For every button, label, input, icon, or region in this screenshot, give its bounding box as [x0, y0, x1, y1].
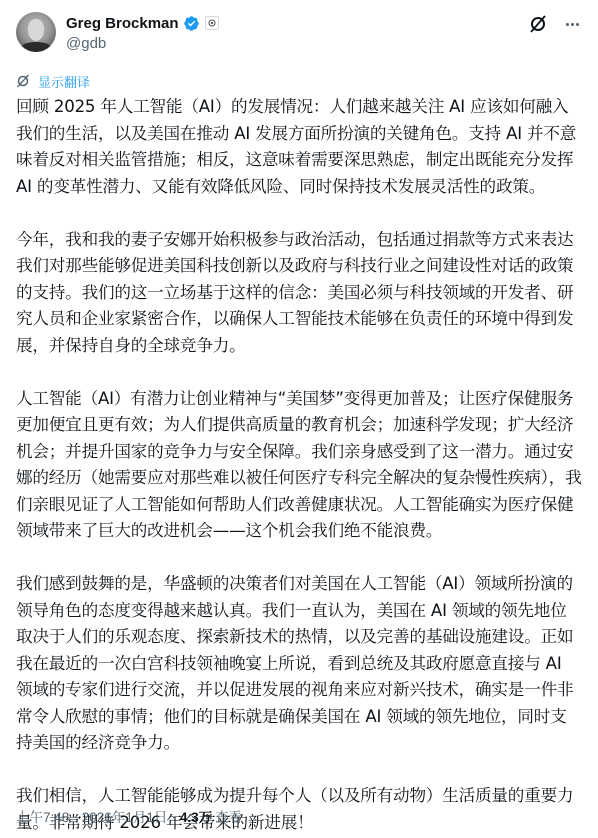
tweet-date[interactable]: 2026年1月1日	[82, 806, 168, 826]
avatar-shirt	[20, 42, 52, 52]
tweet-paragraph: 我们感到鼓舞的是，华盛顿的决策者们对美国在人工智能（AI）领域所扮演的领导角色的…	[16, 571, 582, 757]
verified-badge-icon[interactable]	[183, 15, 200, 32]
more-options-icon[interactable]	[562, 14, 582, 34]
show-translation-row[interactable]: 显示翻译	[16, 72, 90, 90]
tweet-meta: 上午7:48 · 2026年1月1日 · 4.3万 查看	[16, 806, 242, 826]
display-name[interactable]: Greg Brockman	[66, 15, 179, 32]
tweet-time[interactable]: 上午7:48	[16, 806, 69, 826]
name-row: Greg Brockman	[66, 13, 219, 33]
views-count: 4.3万	[180, 806, 212, 826]
avatar-face	[28, 19, 44, 41]
tweet-text: 回顾 2025 年人工智能（AI）的发展情况：人们越来越关注 AI 应该如何融入…	[16, 94, 582, 836]
avatar[interactable]	[16, 12, 56, 52]
grok-icon[interactable]	[528, 14, 548, 34]
meta-separator: ·	[73, 809, 78, 824]
user-handle[interactable]: @gdb	[66, 35, 219, 52]
meta-separator: ·	[171, 809, 176, 824]
user-block: Greg Brockman @gdb	[66, 13, 219, 52]
translate-icon	[16, 74, 30, 88]
top-actions	[528, 14, 582, 34]
show-translation-link[interactable]: 显示翻译	[38, 72, 90, 91]
tweet-paragraph: 回顾 2025 年人工智能（AI）的发展情况：人们越来越关注 AI 应该如何融入…	[16, 94, 582, 200]
tweet-header: Greg Brockman @gdb	[16, 12, 582, 60]
views-label: 查看	[215, 806, 242, 826]
tweet-paragraph: 人工智能（AI）有潜力让创业精神与“美国梦”变得更加普及；让医疗保健服务更加便宜…	[16, 386, 582, 545]
tweet-paragraph: 今年，我和我的妻子安娜开始积极参与政治活动，包括通过捐款等方式来表达我们对那些能…	[16, 227, 582, 360]
affiliate-badge-icon[interactable]	[205, 16, 219, 30]
